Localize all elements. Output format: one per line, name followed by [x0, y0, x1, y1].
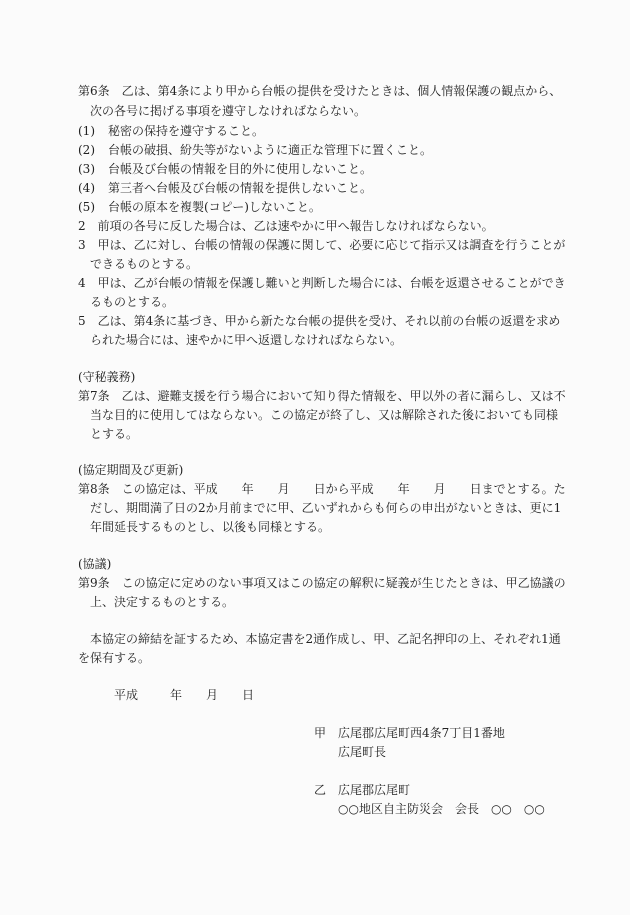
article-8-line-3: 年間延長するものとし、以後も同様とする。 — [90, 518, 330, 536]
article-6-paragraph-5-line-1: 5 乙は、第4条に基づき、甲から新たな台帳の提供を受け、それ以前の台帳の返還を求… — [78, 312, 560, 330]
party-b-address: 広尾郡広尾町 — [338, 781, 410, 799]
article-6-paragraph-2: 2 前項の各号に反した場合は、乙は速やかに甲へ報告しなければならない。 — [78, 217, 494, 235]
article-6-item-5: (5)台帳の原本を複製(コピー)しないこと。 — [78, 198, 321, 216]
closing-line-1: 本協定の締結を証するため、本協定書を2通作成し、甲、乙記名押印の上、それぞれ1通 — [90, 630, 561, 648]
closing-line-2: を保有する。 — [78, 649, 150, 667]
party-b-name: ○○地区自主防災会 会長 ○○ ○○ — [338, 800, 545, 818]
article-6-item-4: (4)第三者へ台帳及び台帳の情報を提供しないこと。 — [78, 179, 372, 197]
article-6-line-1: 第6条 乙は、第4条により甲から台帳の提供を受けたときは、個人情報保護の観点から… — [78, 82, 561, 100]
item-text: 第三者へ台帳及び台帳の情報を提供しないこと。 — [108, 181, 372, 195]
article-8-heading: (協定期間及び更新) — [78, 461, 183, 479]
item-text: 台帳の破損、紛失等がないように適正な管理下に置くこと。 — [108, 143, 432, 157]
article-6-item-3: (3)台帳及び台帳の情報を目的外に使用しないこと。 — [78, 160, 372, 178]
party-b-label: 乙 — [314, 781, 326, 799]
article-8-line-1: 第8条 この協定は、平成 年 月 日から平成 年 月 日までとする。た — [78, 480, 566, 498]
article-6-paragraph-5-line-2: られた場合には、速やかに甲へ返還しなければならない。 — [90, 331, 402, 349]
signing-date: 平成年月日 — [114, 686, 254, 704]
article-6-item-1: (1)秘密の保持を遵守すること。 — [78, 122, 264, 140]
article-7-heading: (守秘義務) — [78, 368, 135, 386]
article-7-line-2: 当な目的に使用してはならない。この協定が終了し、又は解除された後においても同様 — [90, 406, 558, 424]
item-text: 秘密の保持を遵守すること。 — [108, 124, 264, 138]
item-text: 台帳の原本を複製(コピー)しないこと。 — [108, 200, 321, 214]
article-9-line-2: 上、決定するものとする。 — [90, 593, 234, 611]
item-number: (1) — [78, 122, 108, 140]
date-era: 平成 — [114, 688, 138, 702]
item-number: (3) — [78, 160, 108, 178]
item-text: 台帳及び台帳の情報を目的外に使用しないこと。 — [108, 162, 372, 176]
article-6-paragraph-3-line-1: 3 甲は、乙に対し、台帳の情報の保護に関して、必要に応じて指示又は調査を行うこと… — [78, 236, 565, 254]
article-8-line-2: だし、期間満了日の2か月前までに甲、乙いずれからも何らの申出がないときは、更に1 — [90, 499, 561, 517]
party-a-name: 広尾町長 — [338, 743, 386, 761]
item-number: (4) — [78, 179, 108, 197]
article-6-paragraph-3-line-2: できるものとする。 — [90, 255, 198, 273]
date-year: 年 — [170, 688, 182, 702]
article-9-heading: (協議) — [78, 555, 111, 573]
article-9-line-1: 第9条 この協定に定めのない事項又はこの協定の解釈に疑義が生じたときは、甲乙協議… — [78, 574, 566, 592]
article-6-item-2: (2)台帳の破損、紛失等がないように適正な管理下に置くこと。 — [78, 141, 432, 159]
item-number: (2) — [78, 141, 108, 159]
article-7-line-3: とする。 — [90, 425, 138, 443]
party-a-label: 甲 — [314, 724, 326, 742]
date-month: 月 — [206, 688, 218, 702]
article-7-line-1: 第7条 乙は、避難支援を行う場合において知り得た情報を、甲以外の者に漏らし、又は… — [78, 387, 566, 405]
article-6-paragraph-4-line-2: るものとする。 — [90, 293, 174, 311]
party-a-address: 広尾郡広尾町西4条7丁目1番地 — [338, 724, 505, 742]
item-number: (5) — [78, 198, 108, 216]
date-day: 日 — [242, 688, 254, 702]
article-6-line-2: 次の各号に掲げる事項を遵守しなければならない。 — [90, 102, 366, 120]
article-6-paragraph-4-line-1: 4 甲は、乙が台帳の情報を保護し難いと判断した場合には、台帳を返還させることがで… — [78, 274, 566, 292]
